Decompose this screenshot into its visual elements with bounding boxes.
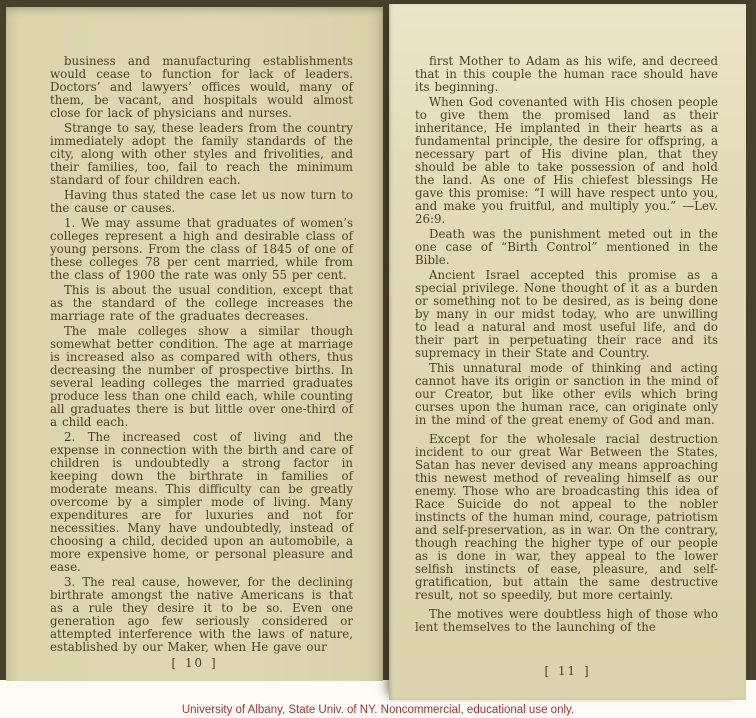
page-number-right: [ 11 ]: [389, 665, 746, 678]
paragraph: 3. The real cause, however, for the decl…: [50, 576, 353, 654]
paragraph: Ancient Israel accepted this promise as …: [415, 269, 718, 360]
page-number-left: [ 10 ]: [6, 657, 383, 670]
paragraph: 2. The increased cost of living and the …: [50, 431, 353, 574]
paragraph: first Mother to Adam as his wife, and de…: [415, 55, 718, 94]
credit-line: University of Albany, State Univ. of NY.…: [0, 704, 756, 716]
paragraph: Death was the punishment meted out in th…: [415, 228, 718, 267]
right-page: first Mother to Adam as his wife, and de…: [389, 4, 746, 700]
paragraph: When God covenanted with His chosen peop…: [415, 96, 718, 226]
paragraph: This is about the usual condition, excep…: [50, 284, 353, 323]
paragraph: business and manufacturing establishment…: [50, 55, 353, 120]
paragraph: The male colleges show a similar though …: [50, 325, 353, 429]
paragraph: Strange to say, these leaders from the c…: [50, 122, 353, 187]
paragraph: The motives were doubtless high of those…: [415, 608, 718, 634]
paragraph: Except for the wholesale racial destruct…: [415, 433, 718, 602]
left-page: business and manufacturing establishment…: [6, 7, 383, 681]
paragraph: Having thus stated the case let us now t…: [50, 189, 353, 215]
paragraph: This unnatural mode of thinking and acti…: [415, 362, 718, 427]
paragraph: 1. We may assume that graduates of women…: [50, 217, 353, 282]
scanned-pamphlet: University of Albany, State Univ. of NY.…: [0, 0, 756, 718]
